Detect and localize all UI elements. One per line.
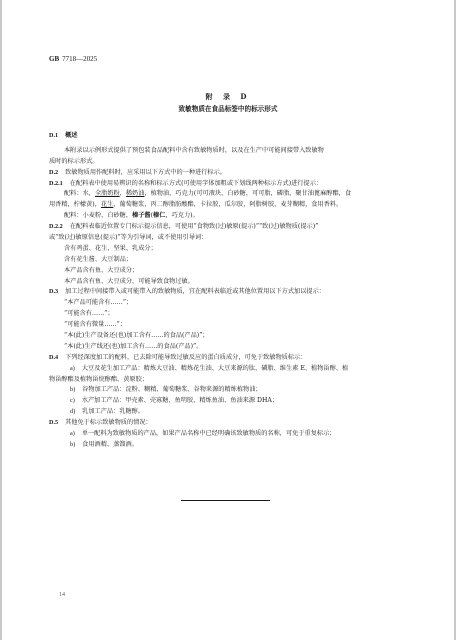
- list-item-b: b)谷物加工产品：淀粉、糊精、葡萄糖浆、谷物来源的精炼植物油；: [49, 385, 409, 396]
- section-heading-d3: D.3加工过程中间接带入或可能带入的致敏物质，宜在配料表临近或其他位置用以下方式…: [49, 287, 409, 298]
- section-heading-d4: D.4下列经深度加工的配料，已去除可能导致过敏反应的蛋白质成分，可免于致敏物质标…: [49, 353, 409, 364]
- paragraph-line: 或“致(过)敏原信息(提示)”等为引导词，或不使用引导词：: [49, 233, 409, 244]
- example-line: 含有花生酱、大豆制品；: [49, 255, 409, 266]
- section-heading-d5: D.5其他免于标示致敏物质的情况：: [49, 418, 409, 429]
- example-line: 含有鸡蛋、花生、坚果、乳成分；: [49, 244, 409, 255]
- section-title: 概述: [65, 132, 77, 139]
- text: 用香精，柠檬黄)，: [49, 201, 101, 208]
- example-line: “可能含有……”；: [49, 309, 409, 320]
- example-line: “本(此)生产线还(也)加工含有……的食品(产品)”。: [49, 342, 409, 353]
- section-number: D.2.1: [49, 180, 63, 187]
- section-number: D.3: [49, 288, 58, 295]
- example-ingredients-1: 配料：水，全脂奶粉，稀奶油，植物油，巧克力(可可液块，白砂糖，可可脂，磷脂，聚甘…: [49, 189, 409, 200]
- bold-allergen: 榛仁: [153, 212, 165, 219]
- example-ingredients-1-cont: 用香精，柠檬黄)，花生，葡萄糖浆，丙二醇脂肪酸酯，卡拉胶，瓜尔胶，阿脂树胶，麦芽…: [49, 200, 409, 211]
- example-line: “本(此)生产设备还(也)加工含有……的食品(产品)”；: [49, 331, 409, 342]
- list-item-a-cont: 物甾醇酯及植物甾烷醇酯、黄原胶；: [49, 375, 409, 386]
- section-heading-d1: D.1概述: [49, 131, 409, 142]
- list-item-a: a)单一配料为致敏物质的产品，如果产品名称中已经明确该致敏物质的名称，可免于重复…: [49, 429, 409, 440]
- section-text: 其他免于标示致敏物质的情况：: [65, 419, 152, 426]
- section-text: 致敏物质用作配料时，应采用以下方式中的一种进行标示。: [65, 169, 226, 176]
- section-heading-d21: D.2.1在配料表中使用易辨识的名称和标示方式(可使用字体加粗或下划线两种标示方…: [49, 179, 409, 190]
- standard-prefix: GB: [49, 55, 59, 63]
- list-label: a): [70, 365, 75, 372]
- underlined-allergen: 稀奶油: [126, 190, 145, 197]
- list-text: 乳加工产品：乳糖醇。: [82, 408, 144, 415]
- annex-subtitle: 致敏物质在食品标签中的标示形式: [0, 103, 456, 113]
- list-text: 单一配料为致敏物质的产品，如果产品名称中已经明确该致敏物质的名称，可免于重复标示…: [82, 430, 336, 437]
- text: 配料：小麦粉，白砂糖，: [64, 212, 132, 219]
- end-rule-divider: [181, 500, 270, 501]
- text: ，葡萄糖浆，丙二醇脂肪酸酯，卡拉胶，瓜尔胶，阿脂树胶，麦芽糊精，食用香料。: [113, 201, 342, 208]
- list-label: c): [70, 397, 75, 404]
- text: ，巧克力)。: [165, 212, 198, 219]
- example-ingredients-2: 配料：小麦粉，白砂糖，榛子酱(榛仁，巧克力)。: [49, 211, 409, 222]
- list-text: 食用酒精、蒸馏酒。: [82, 441, 138, 448]
- page-number: 14: [59, 592, 65, 598]
- list-item-d: d)乳加工产品：乳糖醇。: [49, 407, 409, 418]
- standard-number: GB7718—2025: [49, 55, 97, 63]
- example-line: “本产品可能含有……”；: [49, 298, 409, 309]
- bold-allergen: 榛子酱: [132, 212, 151, 219]
- list-item-a: a)大豆及花生加工产品：精炼大豆油、精炼花生油、大豆来源的肽、磷脂、维生素 E、…: [49, 364, 409, 375]
- underlined-allergen: 花生: [101, 201, 113, 208]
- list-text: 谷物加工产品：淀粉、糊精、葡萄糖浆、谷物来源的精炼植物油；: [82, 386, 261, 393]
- section-text: 下列经深度加工的配料，已去除可能导致过敏反应的蛋白质成分，可免于致敏物质标示：: [65, 354, 306, 361]
- section-heading-d22: D.2.2在配料表临近位置专门标示提示信息，可使用“食物致(过)敏原(提示)”“…: [49, 222, 409, 233]
- section-heading-d2: D.2致敏物质用作配料时，应采用以下方式中的一种进行标示。: [49, 168, 409, 179]
- example-line: 本产品含有鱼、大豆成分；: [49, 266, 409, 277]
- section-number: D.1: [49, 132, 58, 139]
- section-text: 在配料表临近位置专门标示提示信息，可使用“食物致(过)敏原(提示)”“致(过)敏…: [70, 223, 319, 230]
- list-label: a): [70, 430, 75, 437]
- annex-title: 附 录 D: [0, 92, 456, 102]
- standard-code: 7718—2025: [62, 55, 97, 63]
- list-text: 水产加工产品：甲壳素、壳寡糖、鱼明胶、精炼鱼油、鱼油来源 DHA；: [82, 397, 278, 404]
- section-number: D.5: [49, 419, 58, 426]
- list-label: d): [70, 408, 75, 415]
- section-number: D.2.2: [49, 223, 63, 230]
- document-page: GB7718—2025 附 录 D 致敏物质在食品标签中的标示形式 D.1概述 …: [0, 0, 456, 640]
- section-text: 在配料表中使用易辨识的名称和标示方式(可使用字体加粗或下划线两种标示方式)进行提…: [70, 180, 322, 187]
- section-number: D.2: [49, 169, 58, 176]
- paragraph-line: 本附录以示例形式提供了预包装食品配料中含有致敏物质时，以及在生产中可能间接带入致…: [49, 146, 409, 157]
- paragraph-line: 质时的标示形式。: [49, 157, 409, 168]
- text: 配料：水，: [64, 190, 95, 197]
- list-label: b): [70, 386, 75, 393]
- underlined-allergen: 全脂奶粉: [95, 190, 120, 197]
- document-body: D.1概述 本附录以示例形式提供了预包装食品配料中含有致敏物质时，以及在生产中可…: [49, 131, 409, 451]
- list-item-b: b)食用酒精、蒸馏酒。: [49, 440, 409, 451]
- example-line: 本产品含有鱼、大豆成分，可能导致食物过敏。: [49, 277, 409, 288]
- list-label: b): [70, 441, 75, 448]
- example-line: “可能含有微量……”；: [49, 320, 409, 331]
- section-text: 加工过程中间接带入或可能带入的致敏物质，宜在配料表临近或其他位置用以下方式加以提…: [65, 288, 325, 295]
- section-number: D.4: [49, 354, 58, 361]
- text: ，植物油，巧克力(可可液块，白砂糖，可可脂，磷脂，聚甘油蓖麻醇酯，食: [144, 190, 351, 197]
- list-text: 大豆及花生加工产品：精炼大豆油、精炼花生油、大豆来源的肽、磷脂、维生素 E、植物…: [82, 365, 348, 372]
- list-item-c: c)水产加工产品：甲壳素、壳寡糖、鱼明胶、精炼鱼油、鱼油来源 DHA；: [49, 396, 409, 407]
